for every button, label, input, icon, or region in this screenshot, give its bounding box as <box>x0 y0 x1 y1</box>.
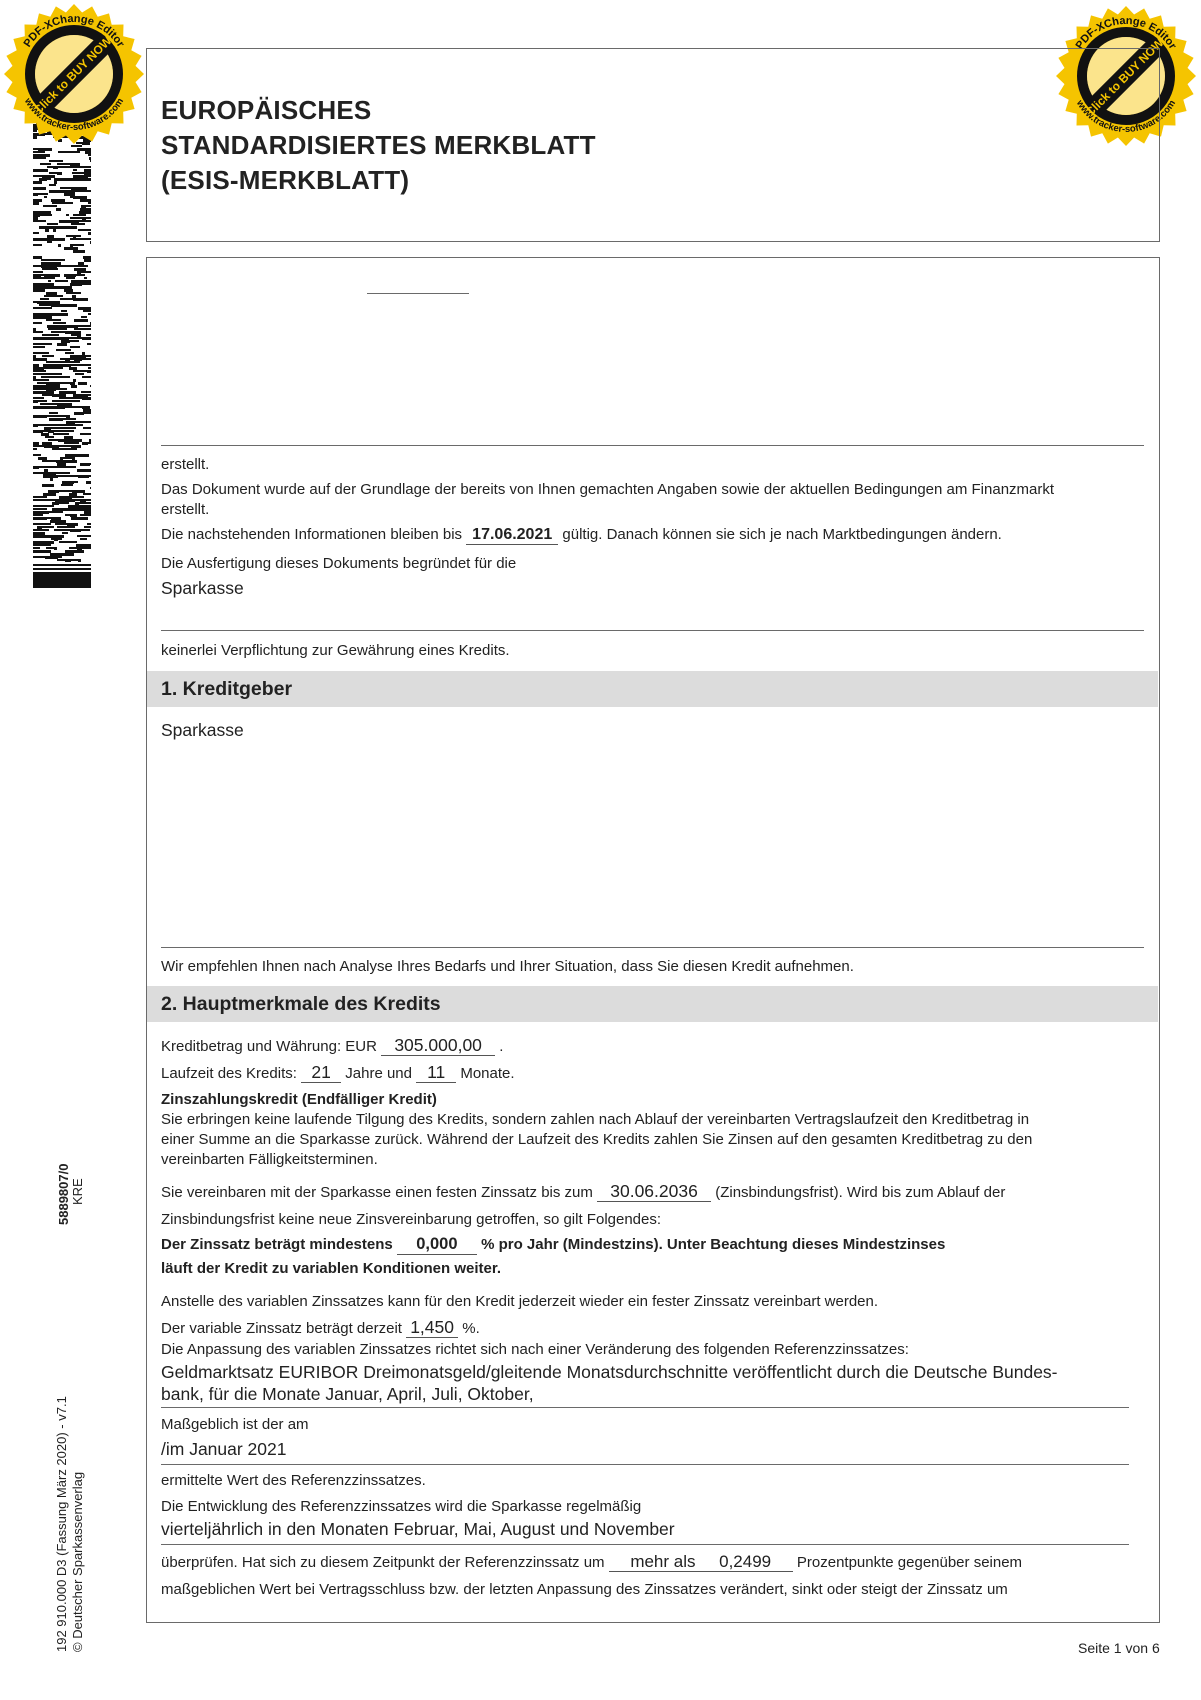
loan-amount-field: 305.000,00 <box>381 1036 495 1056</box>
document-id: 5889807/0 <box>56 1164 71 1225</box>
min-rate-row: Der Zinssatz beträgt mindestens 0,000 % … <box>161 1235 945 1255</box>
document-code: KRE <box>70 1178 85 1205</box>
section-heading-hauptmerkmale: 2. Hauptmerkmale des Kredits <box>147 986 1158 1022</box>
main-content-box: erstellt. Das Dokument wurde auf der Gru… <box>146 257 1160 1623</box>
threshold-row: überprüfen. Hat sich zu diesem Zeitpunkt… <box>161 1552 1022 1572</box>
intro-basis-line: Das Dokument wurde auf der Grundlage der… <box>161 481 1054 498</box>
var-prefix: Der variable Zinssatz beträgt derzeit <box>161 1320 402 1337</box>
loan-type-title: Zinszahlungskredit (Endfälliger Kredit) <box>161 1091 437 1108</box>
threshold-value: 0,2499 <box>719 1552 771 1571</box>
term-years-field: 21 <box>301 1063 341 1083</box>
loan-amount-row: Kreditbetrag und Währung: EUR 305.000,00… <box>161 1036 503 1056</box>
loan-desc-line: einer Summe an die Sparkasse zurück. Wäh… <box>161 1131 1032 1148</box>
obligation-prefix: Die Ausfertigung dieses Dokuments begrün… <box>161 555 516 572</box>
lender-name-field: Sparkasse <box>161 578 244 599</box>
ref-intro: Die Anpassung des variablen Zinssatzes r… <box>161 1341 909 1358</box>
recommendation-text: Wir empfehlen Ihnen nach Analyse Ihres B… <box>161 958 854 975</box>
validity-suffix: gültig. Danach können sie sich je nach M… <box>562 526 1001 543</box>
amount-end: . <box>499 1038 503 1055</box>
min-rate-line2: läuft der Kredit zu variablen Konditione… <box>161 1260 501 1277</box>
pdf-xchange-watermark-stamp[interactable]: Click to BUY NOW! PDF-XChange Editor www… <box>0 0 148 148</box>
section-title: 1. Kreditgeber <box>161 678 292 701</box>
blank-field-line <box>367 293 469 294</box>
amount-label: Kreditbetrag und Währung: EUR <box>161 1038 377 1055</box>
review-schedule-field: vierteljährlich in den Monaten Februar, … <box>161 1519 675 1540</box>
decisive-suffix: ermittelte Wert des Referenzzinssatzes. <box>161 1472 426 1489</box>
var-suffix: %. <box>462 1320 480 1337</box>
instead-text: Anstelle des variablen Zinssatzes kann f… <box>161 1293 878 1310</box>
fixed-rate-line2: Zinsbindungsfrist keine neue Zinsvereinb… <box>161 1211 661 1228</box>
min-prefix: Der Zinssatz beträgt mindestens <box>161 1236 393 1253</box>
check-prefix: überprüfen. Hat sich zu diesem Zeitpunkt… <box>161 1554 605 1571</box>
page-number: Seite 1 von 6 <box>1078 1640 1160 1656</box>
fixed-suffix: (Zinsbindungsfrist). Wird bis zum Ablauf… <box>715 1184 1005 1201</box>
min-rate-field: 0,000 <box>397 1235 477 1255</box>
term-label: Laufzeit des Kredits: <box>161 1065 297 1082</box>
review-intro: Die Entwicklung des Referenzzinssatzes w… <box>161 1498 641 1515</box>
months-label: Monate. <box>460 1065 514 1082</box>
divider <box>161 947 1144 948</box>
validity-prefix: Die nachstehenden Informationen bleiben … <box>161 526 462 543</box>
fixed-rate-row: Sie vereinbaren mit der Sparkasse einen … <box>161 1182 1005 1202</box>
fixed-until-field: 30.06.2036 <box>597 1182 711 1202</box>
validity-date: 17.06.2021 <box>466 525 558 545</box>
decisive-value-field: /im Januar 2021 <box>161 1439 287 1460</box>
obligation-suffix: keinerlei Verpflichtung zur Gewährung ei… <box>161 642 510 659</box>
copyright: © Deutscher Sparkassenverlag <box>70 1472 85 1652</box>
lender-field: Sparkasse <box>161 720 244 741</box>
title-box: EUROPÄISCHES STANDARDISIERTES MERKBLATT … <box>146 48 1160 242</box>
section-title: 2. Hauptmerkmale des Kredits <box>161 993 441 1016</box>
loan-term-row: Laufzeit des Kredits: 21 Jahre und 11 Mo… <box>161 1063 515 1083</box>
divider <box>161 445 1144 446</box>
variable-rate-field: 1,450 <box>406 1318 458 1338</box>
document-title-line: EUROPÄISCHES <box>161 95 371 126</box>
loan-desc-line: vereinbarten Fälligkeitsterminen. <box>161 1151 378 1168</box>
check-line2: maßgeblichen Wert bei Vertragsschluss bz… <box>161 1581 1008 1598</box>
form-number: 192 910.000 D3 (Fassung März 2020) - v7.… <box>54 1396 69 1652</box>
document-title-line: (ESIS-MERKBLATT) <box>161 165 409 196</box>
intro-basis-line: erstellt. <box>161 501 209 518</box>
divider <box>161 1407 1129 1408</box>
divider <box>161 630 1144 631</box>
min-suffix: % pro Jahr (Mindestzins). Unter Beachtun… <box>481 1236 945 1253</box>
loan-desc-line: Sie erbringen keine laufende Tilgung des… <box>161 1111 1029 1128</box>
reference-rate-line: Geldmarktsatz EURIBOR Dreimonatsgeld/gle… <box>161 1362 1058 1383</box>
decisive-label: Maßgeblich ist der am <box>161 1416 309 1433</box>
document-title-line: STANDARDISIERTES MERKBLATT <box>161 130 596 161</box>
fixed-prefix: Sie vereinbaren mit der Sparkasse einen … <box>161 1184 593 1201</box>
check-suffix: Prozentpunkte gegenüber seinem <box>797 1554 1022 1571</box>
variable-rate-row: Der variable Zinssatz beträgt derzeit 1,… <box>161 1318 480 1338</box>
validity-statement: Die nachstehenden Informationen bleiben … <box>161 525 1002 545</box>
term-months-field: 11 <box>416 1063 456 1083</box>
divider <box>161 1544 1129 1545</box>
divider <box>161 1464 1129 1465</box>
reference-rate-line: bank, für die Monate Januar, April, Juli… <box>161 1384 534 1405</box>
section-heading-kreditgeber: 1. Kreditgeber <box>147 671 1158 707</box>
threshold-field: mehr als 0,2499 <box>609 1552 793 1572</box>
threshold-qualifier: mehr als <box>630 1552 695 1571</box>
years-label: Jahre und <box>345 1065 412 1082</box>
intro-erstellt: erstellt. <box>161 456 209 473</box>
